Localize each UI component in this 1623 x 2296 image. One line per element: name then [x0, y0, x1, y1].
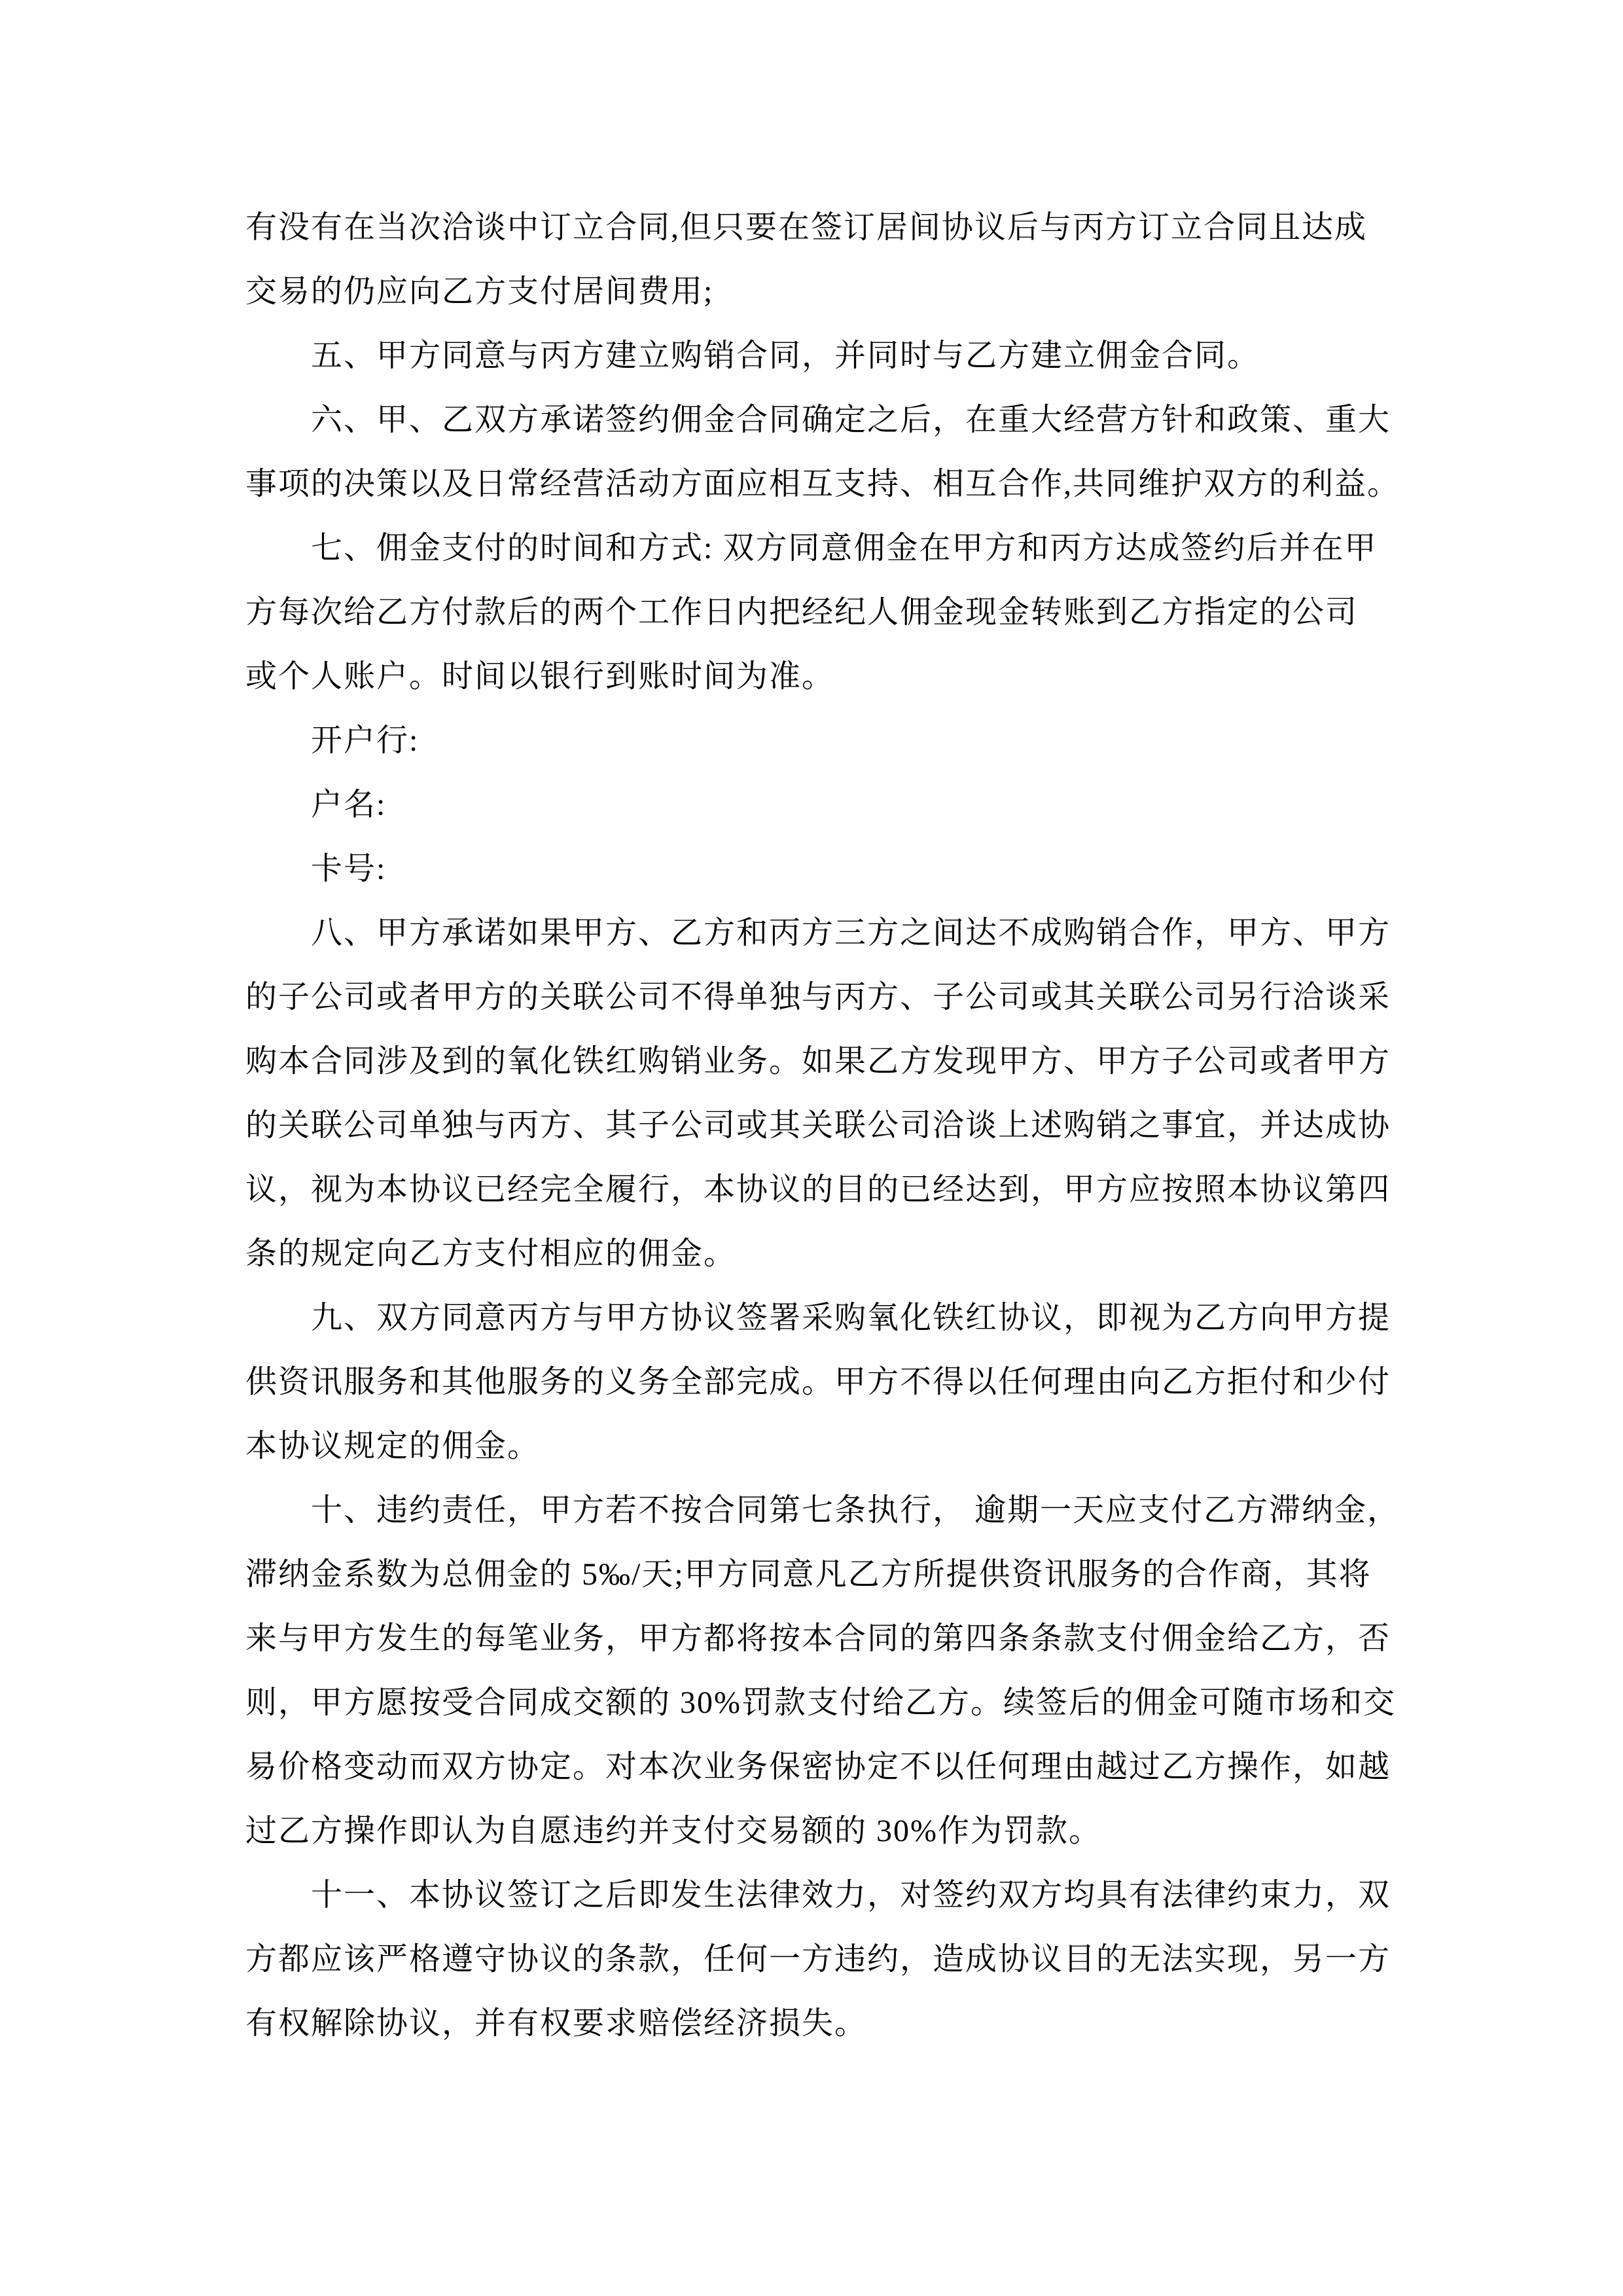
- contract-line-22: 滞纳金系数为总佣金的 5‰/天;甲方同意凡乙方所提供资讯服务的合作商，其将: [245, 1543, 1404, 1607]
- contract-line-29: 有权解除协议，并有权要求赔偿经济损失。: [245, 1992, 1404, 2056]
- contract-line-20: 本协议规定的佣金。: [245, 1414, 1404, 1479]
- contract-line-15: 的关联公司单独与丙方、其子公司或其关联公司洽谈上述购销之事宜，并达成协: [245, 1094, 1404, 1158]
- contract-line-16: 议，视为本协议已经完全履行，本协议的目的已经达到，甲方应按照本协议第四: [245, 1158, 1404, 1222]
- contract-line-21: 十、违约责任，甲方若不按合同第七条执行， 逾期一天应支付乙方滞纳金，: [245, 1479, 1404, 1543]
- contract-line-23: 来与甲方发生的每笔业务，甲方都将按本合同的第四条条款支付佣金给乙方，否: [245, 1607, 1404, 1671]
- contract-line-4: 六、甲、乙双方承诺签约佣金合同确定之后，在重大经营方针和政策、重大: [245, 388, 1404, 452]
- contract-line-18: 九、双方同意丙方与甲方协议签署采购氧化铁红协议，即视为乙方向甲方提: [245, 1286, 1404, 1350]
- contract-line-26: 过乙方操作即认为自愿违约并支付交易额的 30%作为罚款。: [245, 1799, 1404, 1863]
- contract-line-27: 十一、本协议签订之后即发生法律效力，对签约双方均具有法律约束力，双: [245, 1863, 1404, 1928]
- contract-line-25: 易价格变动而双方协定。对本次业务保密协定不以任何理由越过乙方操作，如越: [245, 1735, 1404, 1799]
- contract-line-9: 开户行:: [245, 709, 1404, 773]
- contract-line-3: 五、甲方同意与丙方建立购销合同，并同时与乙方建立佣金合同。: [245, 324, 1404, 388]
- contract-text-block: 有没有在当次洽谈中订立合同,但只要在签订居间协议后与丙方订立合同且达成交易的仍应…: [245, 196, 1404, 2056]
- contract-line-19: 供资讯服务和其他服务的义务全部完成。甲方不得以任何理由向乙方拒付和少付: [245, 1350, 1404, 1414]
- contract-line-28: 方都应该严格遵守协议的条款，任何一方违约，造成协议目的无法实现，另一方: [245, 1928, 1404, 1992]
- contract-line-12: 八、甲方承诺如果甲方、乙方和丙方三方之间达不成购销合作，甲方、甲方: [245, 901, 1404, 965]
- contract-line-10: 户名:: [245, 773, 1404, 837]
- contract-line-11: 卡号:: [245, 837, 1404, 901]
- contract-line-6: 七、佣金支付的时间和方式: 双方同意佣金在甲方和丙方达成签约后并在甲: [245, 516, 1404, 581]
- contract-line-13: 的子公司或者甲方的关联公司不得单独与丙方、子公司或其关联公司另行洽谈采: [245, 965, 1404, 1030]
- document-page: 有没有在当次洽谈中订立合同,但只要在签订居间协议后与丙方订立合同且达成交易的仍应…: [0, 0, 1623, 2296]
- contract-line-2: 交易的仍应向乙方支付居间费用;: [245, 260, 1404, 324]
- contract-line-17: 条的规定向乙方支付相应的佣金。: [245, 1222, 1404, 1286]
- contract-line-5: 事项的决策以及日常经营活动方面应相互支持、相互合作,共同维护双方的利益。: [245, 452, 1404, 516]
- contract-line-7: 方每次给乙方付款后的两个工作日内把经纪人佣金现金转账到乙方指定的公司: [245, 581, 1404, 645]
- contract-line-14: 购本合同涉及到的氧化铁红购销业务。如果乙方发现甲方、甲方子公司或者甲方: [245, 1030, 1404, 1094]
- contract-line-8: 或个人账户。时间以银行到账时间为准。: [245, 645, 1404, 709]
- contract-line-1: 有没有在当次洽谈中订立合同,但只要在签订居间协议后与丙方订立合同且达成: [245, 196, 1404, 260]
- contract-line-24: 则，甲方愿按受合同成交额的 30%罚款支付给乙方。续签后的佣金可随市场和交: [245, 1671, 1404, 1735]
